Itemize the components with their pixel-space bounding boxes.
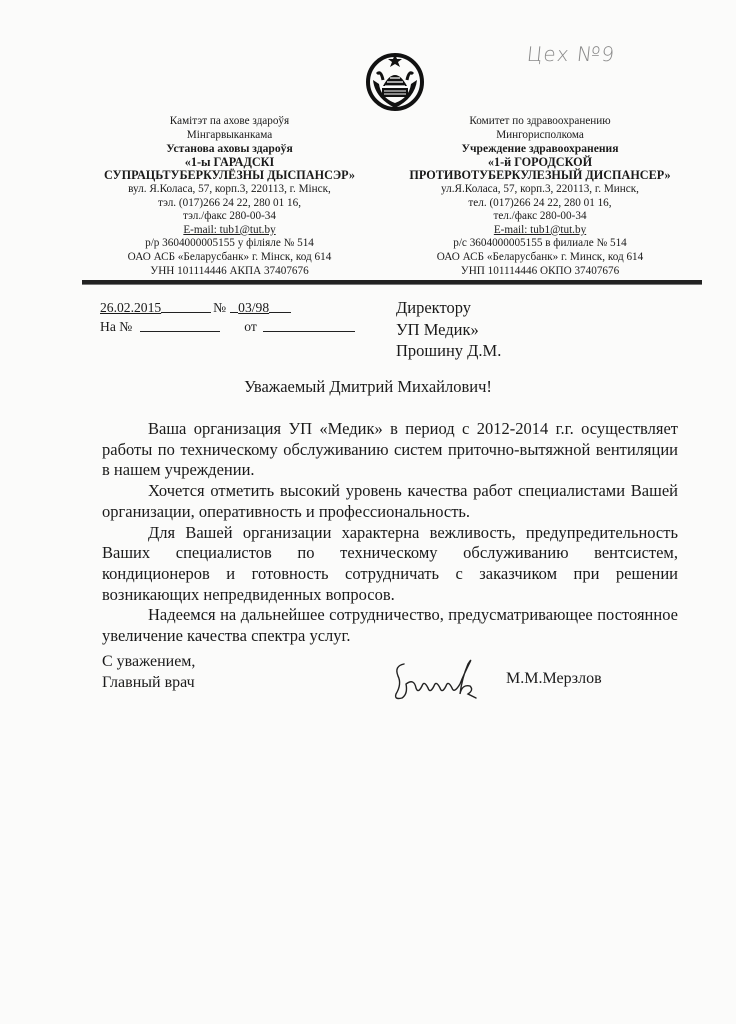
letterhead-line[interactable]: E-mail: tub1@tut.by bbox=[92, 224, 367, 238]
body-paragraph: Для Вашей организации характерна вежливо… bbox=[102, 523, 678, 606]
letterhead-russian: Комитет по здравоохранениюМингорисполком… bbox=[395, 115, 685, 278]
body-paragraph: Надеемся на дальнейшее сотрудничество, п… bbox=[102, 605, 678, 646]
number-label: № bbox=[213, 298, 226, 317]
closing-regards: С уважением, bbox=[102, 651, 195, 672]
letterhead-line: «1-ы ГАРАДСКІ bbox=[92, 156, 367, 170]
letterhead-line: Учреждение здравоохранения bbox=[395, 142, 685, 156]
letterhead-line: тэл. (017)266 24 22, 280 01 16, bbox=[92, 197, 367, 211]
letterhead-line: Камітэт па ахове здароўя bbox=[92, 115, 367, 129]
letterhead-line: ул.Я.Коласа, 57, корп.3, 220113, г. Минс… bbox=[395, 183, 685, 197]
salutation: Уважаемый Дмитрий Михайлович! bbox=[0, 377, 736, 397]
letterhead-line: тэл./факс 280-00-34 bbox=[92, 210, 367, 224]
reply-from-label: от bbox=[244, 317, 257, 336]
letter-number: 03/98 bbox=[238, 298, 269, 317]
addressee-line: Директору bbox=[396, 297, 501, 319]
letterhead-line: вул. Я.Коласа, 57, корп.3, 220113, г. Мі… bbox=[92, 183, 367, 197]
reply-number-label: На № bbox=[100, 317, 132, 336]
letterhead-line: тел. (017)266 24 22, 280 01 16, bbox=[395, 197, 685, 211]
letterhead-belarusian: Камітэт па ахове здароўяМінгарвыканкамаУ… bbox=[92, 115, 367, 278]
letter-date: 26.02.2015 bbox=[100, 298, 161, 317]
letterhead-divider bbox=[82, 280, 702, 285]
body-paragraph: Ваша организация УП «Медик» в период с 2… bbox=[102, 419, 678, 481]
letterhead-line: УНП 101114446 ОКПО 37407676 bbox=[395, 265, 685, 279]
letterhead-line: р/р 3604000005155 у філіяле № 514 bbox=[92, 237, 367, 251]
body-paragraph: Хочется отметить высокий уровень качеств… bbox=[102, 481, 678, 522]
letterhead-line: р/с 3604000005155 в филиале № 514 bbox=[395, 237, 685, 251]
letter-body: Ваша организация УП «Медик» в период с 2… bbox=[102, 419, 678, 647]
letterhead-line[interactable]: E-mail: tub1@tut.by bbox=[395, 224, 685, 238]
letterhead-line: УНН 101114446 АКПА 37407676 bbox=[92, 265, 367, 279]
addressee-block: Директору УП Медик» Прошину Д.М. bbox=[396, 297, 501, 362]
letterhead-line: Мингорисполкома bbox=[395, 129, 685, 143]
signature-icon bbox=[390, 654, 490, 704]
letterhead-line: ПРОТИВОТУБЕРКУЛЕЗНЫЙ ДИСПАНСЕР» bbox=[395, 169, 685, 183]
closing-block: С уважением, Главный врач bbox=[102, 651, 195, 693]
letterhead-line: Установа аховы здароўя bbox=[92, 142, 367, 156]
state-emblem-icon bbox=[365, 50, 425, 112]
letterhead-line: тел./факс 280-00-34 bbox=[395, 210, 685, 224]
signer-name: М.М.Мерзлов bbox=[506, 670, 602, 688]
registration-block: 26.02.2015№03/98 На №от bbox=[100, 298, 355, 336]
signer-position: Главный врач bbox=[102, 672, 195, 693]
letterhead-line: «1-й ГОРОДСКОЙ bbox=[395, 156, 685, 170]
letterhead-line: Комитет по здравоохранению bbox=[395, 115, 685, 129]
addressee-line: УП Медик» bbox=[396, 319, 501, 341]
letterhead-line: ОАО АСБ «Беларусбанк» г. Минск, код 614 bbox=[395, 251, 685, 265]
letterhead-line: ОАО АСБ «Беларусбанк» г. Мінск, код 614 bbox=[92, 251, 367, 265]
handwritten-note: Цех №9 bbox=[526, 42, 617, 66]
letterhead-line: Мінгарвыканкама bbox=[92, 129, 367, 143]
letter-page: Цех №9 Камітэт па ахове здароўяМінгарвык… bbox=[0, 0, 736, 1024]
letterhead-line: СУПРАЦЬТУБЕРКУЛЁЗНЫ ДЫСПАНСЭР» bbox=[92, 169, 367, 183]
addressee-line: Прошину Д.М. bbox=[396, 340, 501, 362]
